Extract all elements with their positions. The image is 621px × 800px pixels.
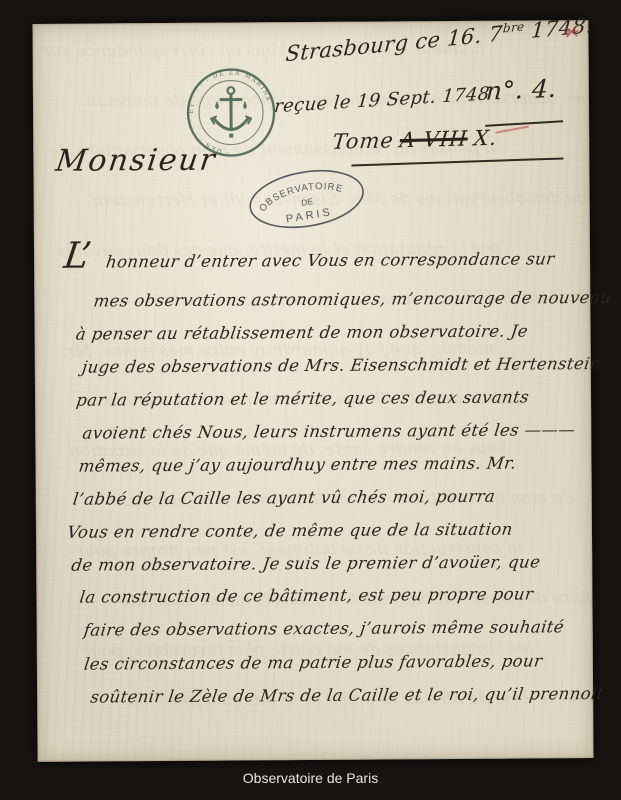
viewer-background: honneur d’entrer avec Vous en correspond…	[0, 0, 621, 800]
body-line: l’abbé de la Caille les ayant vû chés mo…	[72, 487, 497, 509]
tome-struck-text: A VIII	[399, 126, 469, 152]
oval-stamp-top-text: OBSERVATOIRE	[255, 176, 348, 215]
received-note: reçue le 19 Sept. 1748	[273, 83, 491, 117]
image-caption: Observatoire de Paris	[0, 770, 621, 786]
body-line: Vous en rendre conte, de même que de la …	[66, 520, 514, 542]
archival-number: n°. 4.	[485, 74, 558, 106]
body-line: la construction de ce bâtiment, est peu …	[78, 584, 534, 606]
tome-annotation: TomeA VIIIX.	[331, 126, 498, 154]
svg-text:OBSERVATOIRE: OBSERVATOIRE	[255, 176, 348, 215]
initial-flourish: L’	[61, 236, 93, 277]
red-slash-mark	[495, 126, 529, 134]
dateline-year: 1748.	[523, 13, 594, 44]
dateline-superscript: bre	[502, 19, 525, 35]
body-line: par la réputation et le mérite, que ces …	[75, 387, 530, 409]
tome-underline	[351, 157, 563, 166]
dateline-text: Strasbourg ce 16. 7	[285, 21, 504, 66]
tome-word: Tome	[331, 128, 395, 154]
tome-final: X.	[473, 126, 499, 151]
body-line: L’honneur d’entrer avec Vous en correspo…	[62, 248, 556, 271]
oval-stamp-middle-text: DE	[301, 196, 315, 208]
salutation: Monsieur	[54, 143, 219, 179]
body-line: mêmes, que j’ay aujourdhuy entre mes mai…	[78, 454, 518, 476]
body-line: les circonstances de ma patrie plus favo…	[83, 651, 544, 673]
manuscript-page: honneur d’entrer avec Vous en correspond…	[32, 20, 593, 762]
body-line: à penser au rétablissement de mon observ…	[75, 321, 530, 343]
dateline: Strasbourg ce 16. 7bre 1748.	[285, 13, 594, 66]
observatoire-oval-stamp: OBSERVATOIRE DE PARIS	[241, 158, 371, 239]
body-line: de mon observatoire. Je suis le premier …	[70, 552, 541, 574]
body-line: avoient chés Nous, leurs instrumens ayan…	[81, 420, 576, 442]
body-line: mes observations astronomiques, m’encour…	[92, 288, 612, 311]
body-line: juge des observations de Mrs. Eisenschmi…	[81, 354, 602, 377]
red-mark-icon	[562, 24, 580, 40]
body-line: soûtenir le Zèle de Mrs de la Caille et …	[89, 684, 605, 707]
body-line-text: honneur d’entrer avec Vous en correspond…	[105, 249, 556, 271]
body-line: faire des observations exactes, j’aurois…	[83, 617, 566, 639]
